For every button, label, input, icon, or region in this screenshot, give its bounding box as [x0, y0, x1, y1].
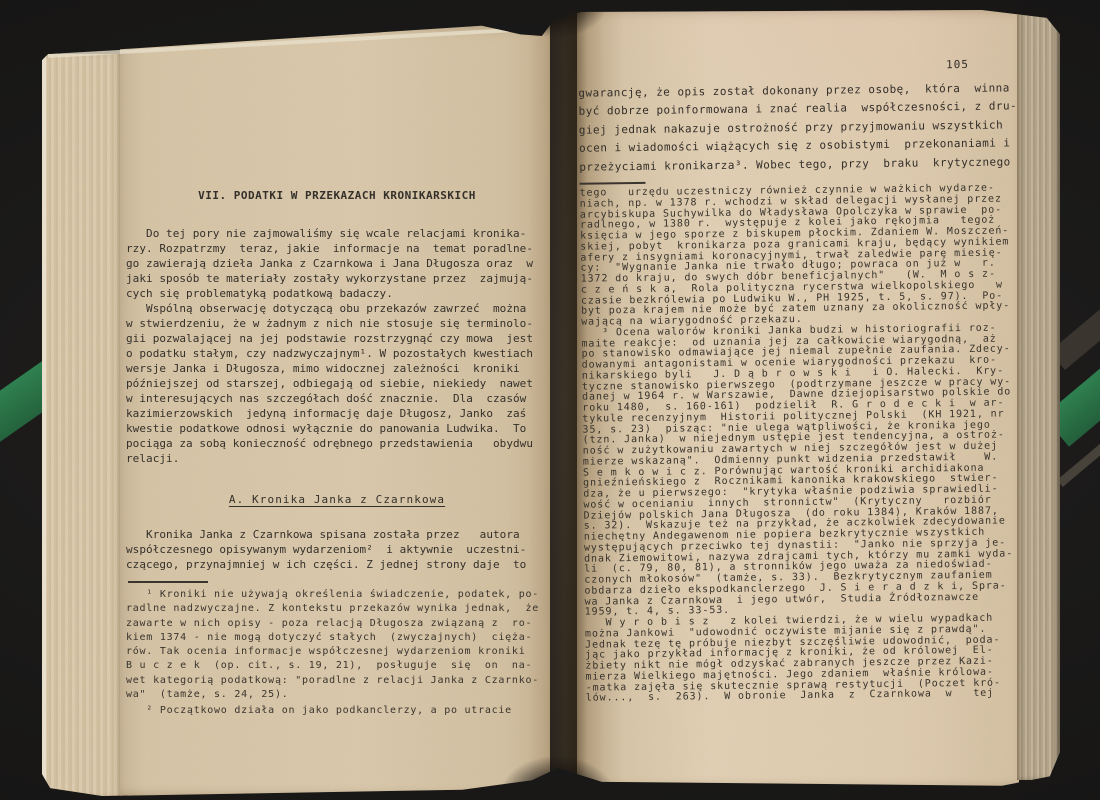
chapter-heading: VII. PODATKI W PRZEKAZACH KRONIKARSKICH: [126, 188, 548, 203]
left-page-edge-stack: [42, 54, 122, 796]
spine-shadow-top: [497, 4, 617, 52]
left-page-paragraphs: Do tej pory nie zajmowaliśmy się wcale r…: [126, 226, 548, 466]
left-page-paragraph-3: Kronika Janka z Czarnkowa spisana został…: [126, 527, 548, 572]
open-book: VII. PODATKI W PRZEKAZACH KRONIKARSKICH …: [42, 10, 1060, 796]
footnote-3: ³ Ocena walorów kroniki Janka budzi w hi…: [581, 323, 1028, 705]
footnote-2-continuation: tego urzędu uczestniczy również czynnie …: [580, 183, 1024, 328]
section-subheading: A. Kronika Janka z Czarnkowa: [126, 492, 548, 507]
spine-shadow-bottom: [482, 738, 632, 800]
photo-background: VII. PODATKI W PRZEKAZACH KRONIKARSKICH …: [0, 0, 1100, 800]
footnote-2: ² Początkowo działa on jako podkanclerzy…: [126, 704, 548, 718]
footnote-rule-right: [579, 182, 645, 185]
footnote-1: ¹ Kroniki nie używają określenia świadcz…: [126, 588, 548, 702]
page-number: 105: [946, 58, 969, 72]
right-page-paragraph: gwarancję, że opis został dokonany przez…: [578, 79, 1021, 176]
right-page-text: 105 gwarancję, że opis został dokonany p…: [578, 57, 1028, 704]
left-page-text: VII. PODATKI W PRZEKAZACH KRONIKARSKICH …: [126, 188, 548, 719]
footnote-rule-left: [128, 581, 208, 583]
